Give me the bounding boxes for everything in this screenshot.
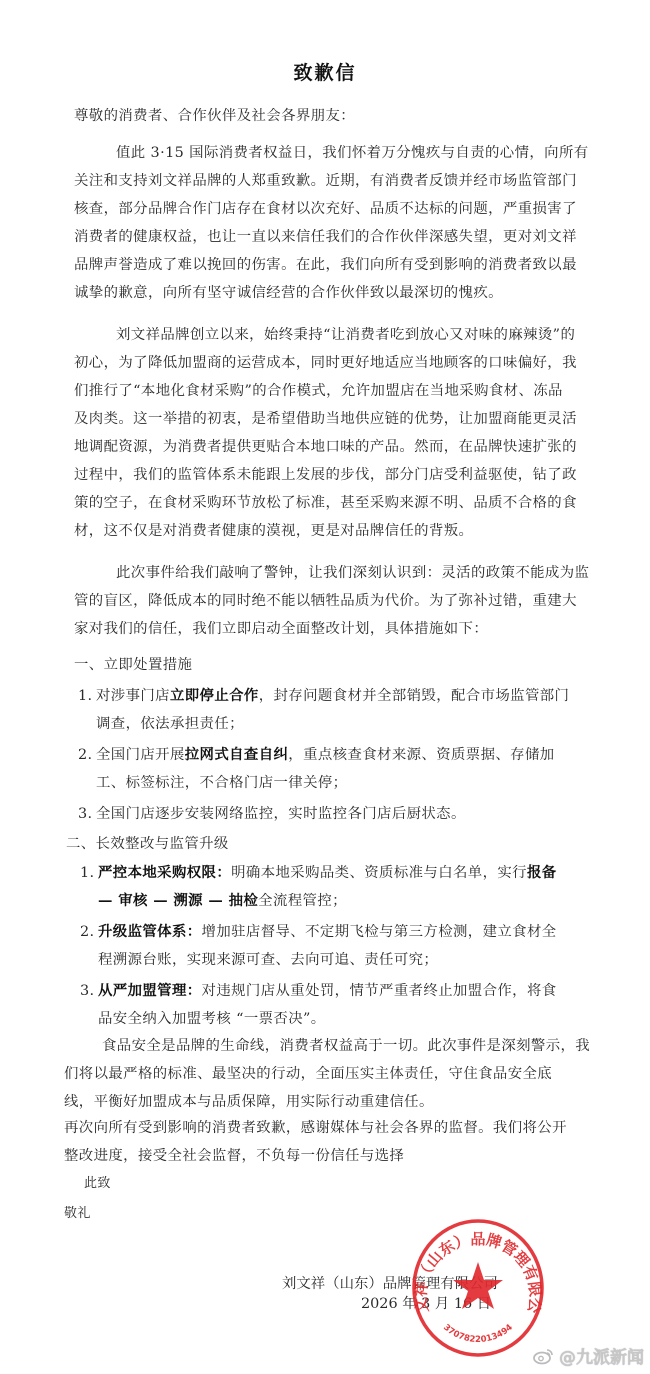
paragraph-line: 地调配资源，为消费者提供更贴合本地口味的产品。然而，在品牌快速扩张的 — [74, 437, 577, 457]
paragraph-line: 食品安全是品牌的生命线，消费者权益高于一切。此次事件是深刻警示，我 — [102, 1036, 590, 1056]
svg-text:刘文祥（山东）品牌管理有限公司: 刘文祥（山东）品牌管理有限公司 — [408, 1218, 544, 1315]
paragraph-line: 管的盲区，降低成本的同时绝不能以牺牲品质为代价。为了弥补过错，重建大 — [74, 591, 577, 611]
weibo-icon — [533, 1347, 555, 1365]
closing-jingli: 敬礼 — [64, 1204, 91, 1224]
apology-letter-page: 致歉信 尊敬的消费者、合作伙伴及社会各界朋友： 值此 3·15 国际消费者权益日… — [0, 0, 650, 1374]
list-item-number: 3. — [80, 981, 95, 1001]
weibo-watermark: @九派新闻 — [533, 1343, 644, 1368]
list-item-number: 3. — [78, 804, 93, 824]
paragraph-line: 及肉类。这一举措的初衷，是希望借助当地供应链的优势，让加盟商能更灵活 — [74, 409, 577, 429]
paragraph-line: 初心，为了降低加盟商的运营成本，同时更好地适应当地顾客的口味偏好，我 — [74, 353, 577, 373]
list-item: 严控本地采购权限：明确本地采购品类、资质标准与白名单，实行报备 — [98, 863, 557, 883]
salutation: 尊敬的消费者、合作伙伴及社会各界朋友： — [74, 106, 355, 126]
section-heading: 二、长效整改与监管升级 — [66, 834, 229, 854]
list-item: 对涉事门店立即停止合作，封存问题食材并全部销毁，配合市场监管部门 — [96, 686, 569, 706]
paragraph-line: 们推行了“本地化食材采购”的合作模式，允许加盟店在当地采购食材、冻品 — [74, 381, 563, 401]
list-item-continuation: 品安全纳入加盟考核 “一票否决”。 — [98, 1009, 326, 1029]
svg-text:3707822013494: 3707822013494 — [441, 1323, 515, 1345]
list-item-number: 2. — [78, 745, 93, 765]
paragraph-line: 品牌声誉造成了难以挽回的伤害。在此，我们向所有受到影响的消费者致以最 — [74, 255, 577, 275]
list-item-number: 2. — [80, 922, 95, 942]
paragraph-line: 线，平衡好加盟成本与品质保障，用实际行动重建信任。 — [64, 1092, 434, 1112]
list-item-continuation: 调查，依法承担责任； — [96, 714, 244, 734]
paragraph-line: 过程中，我们的监管体系未能跟上发展的步伐，部分门店受利益驱使，钻了政 — [74, 465, 577, 485]
list-item: 升级监管体系：增加驻店督导、不定期飞检与第三方检测，建立食材全 — [98, 922, 557, 942]
paragraph-line: 关注和支持刘文祥品牌的人郑重致歉。近期，有消费者反馈并经市场监管部门 — [74, 171, 577, 191]
paragraph-line: 再次向所有受到影响的消费者致歉，感谢媒体与社会各界的监督。我们将公开 — [64, 1118, 567, 1138]
watermark-text: @九派新闻 — [559, 1343, 644, 1368]
list-item-continuation: — 审核 — 溯源 — 抽检全流程管控； — [98, 891, 347, 911]
paragraph-line: 消费者的健康权益，也让一直以来信任我们的合作伙伴深感失望，更对刘文祥 — [74, 227, 577, 247]
paragraph-line: 此次事件给我们敲响了警钟，让我们深刻认识到：灵活的政策不能成为监 — [116, 563, 589, 583]
paragraph-line: 整改进度，接受全社会监督，不负每一份信任与选择 — [64, 1146, 404, 1166]
paragraph-line: 核查，部分品牌合作门店存在食材以次充好、品质不达标的问题，严重损害了 — [74, 199, 577, 219]
list-item: 全国门店逐步安装网络监控，实时监控各门店后厨状态。 — [96, 804, 466, 824]
paragraph-line: 材，这不仅是对消费者健康的漠视，更是对品牌信任的背叛。 — [74, 521, 473, 541]
list-item: 从严加盟管理：对违规门店从重处罚，情节严重者终止加盟合作，将食 — [98, 981, 557, 1001]
list-item-number: 1. — [78, 686, 93, 706]
paragraph-line: 刘文祥品牌创立以来，始终秉持“让消费者吃到放心又对味的麻辣烫”的 — [116, 325, 575, 345]
paragraph-line: 诚挚的歉意，向所有坚守诚信经营的合作伙伴致以最深切的愧疚。 — [74, 283, 503, 303]
paragraph-line: 们将以最严格的标准、最坚决的行动，全面压实主体责任，守住食品安全底 — [64, 1064, 552, 1084]
company-seal-icon: 刘文祥（山东）品牌管理有限公司 3707822013494 — [408, 1218, 548, 1358]
section-heading: 一、立即处置措施 — [74, 655, 192, 675]
closing-cizhi: 此致 — [84, 1174, 111, 1194]
paragraph-line: 值此 3·15 国际消费者权益日，我们怀着万分愧疚与自责的心情，向所有 — [116, 143, 589, 163]
list-item-continuation: 工、标签标注，不合格门店一律关停； — [96, 773, 347, 793]
paragraph-line: 策的空子，在食材采购环节放松了标准，甚至采购来源不明、品质不合格的食 — [74, 493, 577, 513]
list-item: 全国门店开展拉网式自查自纠，重点核查食材来源、资质票据、存储加 — [96, 745, 555, 765]
letter-title: 致歉信 — [0, 58, 650, 85]
paragraph-line: 家对我们的信任，我们立即启动全面整改计划，具体措施如下： — [74, 619, 488, 639]
list-item-number: 1. — [80, 863, 95, 883]
list-item-continuation: 程溯源台账，实现来源可查、去向可追、责任可究； — [98, 950, 438, 970]
